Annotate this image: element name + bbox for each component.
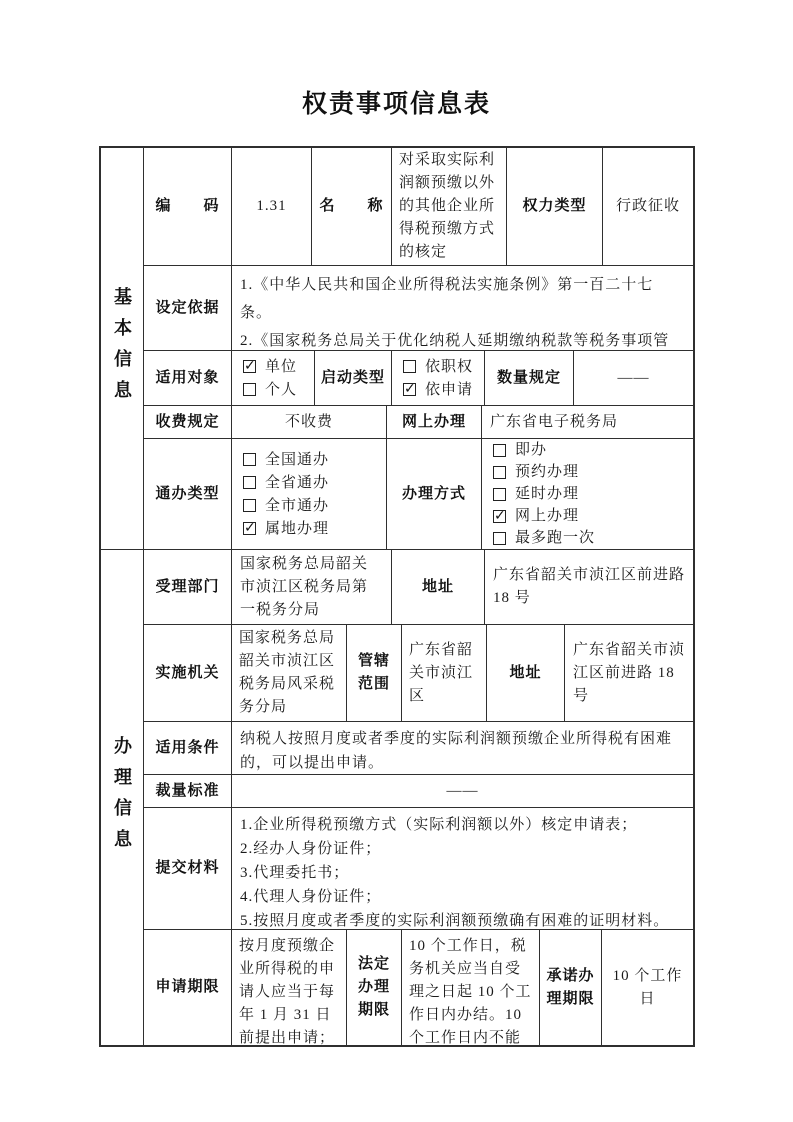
checkbox-icon <box>493 444 506 457</box>
checkbox-label: 单位 <box>265 359 297 375</box>
materials-line-1: 1.企业所得税预缴方式（实际利润额以外）核定申请表； <box>240 813 685 837</box>
accept-addr-label: 地址 <box>391 550 484 624</box>
checkbox-item-online: 网上办理 <box>493 508 689 524</box>
checkbox-item-nationwide: 全国通办 <box>243 452 382 468</box>
info-table: 基本信息 编 码 1.31 名 称 对采取实际利润额预缴以外的其他企业所得税预缴… <box>99 146 695 1047</box>
checkbox-icon <box>243 476 256 489</box>
checkbox-item-immediate: 即办 <box>493 442 689 458</box>
row-condition: 适用条件 纳税人按照月度或者季度的实际利润额预缴企业所得税有困难的，可以提出申请… <box>144 721 693 774</box>
basis-line-2: 2.《国家税务总局关于优化纳税人延期缴纳税款等税务事项管理方式的公告》（国家税务… <box>240 327 685 350</box>
discretion-label: 裁量标准 <box>144 775 231 807</box>
section-basic-header: 基本信息 <box>101 148 144 549</box>
checkbox-label: 全国通办 <box>265 452 329 468</box>
quantity-value: —— <box>573 351 693 405</box>
checkbox-icon <box>493 532 506 545</box>
section-basic-header-text: 基本信息 <box>109 287 135 411</box>
section-handling-header-text: 办理信息 <box>109 736 135 860</box>
checkbox-label: 全市通办 <box>265 498 329 514</box>
start-type-options: 依职权 依申请 <box>391 351 484 405</box>
row-impl-org: 实施机关 国家税务总局韶关市浈江区税务局风采税务分局 管辖范围 广东省韶关市浈江… <box>144 624 693 721</box>
checkbox-item-citywide: 全市通办 <box>243 498 382 514</box>
checkbox-label: 依职权 <box>425 359 473 375</box>
checkbox-item-local: 属地办理 <box>243 521 382 537</box>
legal-period-value: 10 个工作日，税务机关应当自受理之日起 10 个工作日内办结。10 个工作日内… <box>401 930 539 1045</box>
materials-line-4: 4.代理人身份证件； <box>240 885 685 909</box>
code-value: 1.31 <box>231 148 311 265</box>
name-label: 名 称 <box>311 148 391 265</box>
applicable-options: 单位 个人 <box>231 351 314 405</box>
checkbox-item-ex-officio: 依职权 <box>403 359 480 375</box>
checkbox-icon <box>493 466 506 479</box>
checkbox-icon <box>243 383 256 396</box>
row-apply-period: 申请期限 按月度预缴企业所得税的申请人应当于每年 1 月 31 日前提出申请；按… <box>144 929 693 1045</box>
checkbox-item-delayed: 延时办理 <box>493 486 689 502</box>
scope-label: 管辖范围 <box>346 625 401 721</box>
section-basic: 基本信息 编 码 1.31 名 称 对采取实际利润额预缴以外的其他企业所得税预缴… <box>101 148 693 549</box>
impl-addr-label: 地址 <box>486 625 564 721</box>
checkbox-item-person: 个人 <box>243 382 310 398</box>
row-code-name-type: 编 码 1.31 名 称 对采取实际利润额预缴以外的其他企业所得税预缴方式的核定… <box>144 148 693 265</box>
name-value: 对采取实际利润额预缴以外的其他企业所得税预缴方式的核定 <box>391 148 506 265</box>
row-accept-dept: 受理部门 国家税务总局韶关市浈江区税务局第一税务分局 地址 广东省韶关市浈江区前… <box>144 550 693 624</box>
checkbox-label: 最多跑一次 <box>515 530 595 546</box>
checkbox-label: 个人 <box>265 382 297 398</box>
accept-dept-value: 国家税务总局韶关市浈江区税务局第一税务分局 <box>231 550 391 624</box>
tongban-options: 全国通办 全省通办 全市通办 属地办理 <box>231 439 386 549</box>
promise-period-value: 10 个工作日 <box>601 930 693 1045</box>
document-page: 权责事项信息表 基本信息 编 码 1.31 名 称 对采取实际利润额预缴以外的其… <box>0 0 793 1122</box>
scope-value: 广东省韶关市浈江区 <box>401 625 486 721</box>
condition-label: 适用条件 <box>144 722 231 774</box>
checkbox-label: 预约办理 <box>515 464 579 480</box>
checkbox-item-unit: 单位 <box>243 359 310 375</box>
section-handling-header: 办理信息 <box>101 550 144 1045</box>
power-type-label: 权力类型 <box>506 148 602 265</box>
materials-line-5: 5.按照月度或者季度的实际利润额预缴确有困难的证明材料。 <box>240 909 685 929</box>
checkbox-icon <box>243 360 256 373</box>
checkbox-icon <box>493 488 506 501</box>
impl-addr-value: 广东省韶关市浈江区前进路 18 号 <box>564 625 693 721</box>
basis-label: 设定依据 <box>144 266 231 350</box>
checkbox-icon <box>403 360 416 373</box>
checkbox-icon <box>403 383 416 396</box>
row-fee-online: 收费规定 不收费 网上办理 广东省电子税务局 <box>144 405 693 438</box>
impl-org-label: 实施机关 <box>144 625 231 721</box>
checkbox-label: 全省通办 <box>265 475 329 491</box>
checkbox-icon <box>243 453 256 466</box>
row-discretion: 裁量标准 —— <box>144 774 693 807</box>
row-materials: 提交材料 1.企业所得税预缴方式（实际利润额以外）核定申请表； 2.经办人身份证… <box>144 807 693 929</box>
checkbox-label: 依申请 <box>425 382 473 398</box>
start-type-label: 启动类型 <box>314 351 391 405</box>
checkbox-label: 即办 <box>515 442 547 458</box>
basis-line-1: 1.《中华人民共和国企业所得税法实施条例》第一百二十七条。 <box>240 271 685 327</box>
fee-value: 不收费 <box>231 406 386 438</box>
checkbox-item-one-trip: 最多跑一次 <box>493 530 689 546</box>
section-handling: 办理信息 受理部门 国家税务总局韶关市浈江区税务局第一税务分局 地址 广东省韶关… <box>101 549 693 1045</box>
promise-period-label: 承诺办理期限 <box>539 930 601 1045</box>
basis-value: 1.《中华人民共和国企业所得税法实施条例》第一百二十七条。 2.《国家税务总局关… <box>231 266 693 350</box>
tongban-label: 通办类型 <box>144 439 231 549</box>
apply-period-label: 申请期限 <box>144 930 231 1045</box>
row-basis: 设定依据 1.《中华人民共和国企业所得税法实施条例》第一百二十七条。 2.《国家… <box>144 265 693 350</box>
checkbox-label: 网上办理 <box>515 508 579 524</box>
condition-value: 纳税人按照月度或者季度的实际利润额预缴企业所得税有困难的，可以提出申请。 <box>231 722 693 774</box>
quantity-label: 数量规定 <box>484 351 573 405</box>
checkbox-label: 属地办理 <box>265 521 329 537</box>
method-options: 即办 预约办理 延时办理 网上办理 <box>481 439 693 549</box>
fee-label: 收费规定 <box>144 406 231 438</box>
accept-dept-label: 受理部门 <box>144 550 231 624</box>
checkbox-item-provincewide: 全省通办 <box>243 475 382 491</box>
materials-value: 1.企业所得税预缴方式（实际利润额以外）核定申请表； 2.经办人身份证件； 3.… <box>231 808 693 929</box>
accept-addr-value: 广东省韶关市浈江区前进路 18 号 <box>484 550 693 624</box>
checkbox-label: 延时办理 <box>515 486 579 502</box>
code-label: 编 码 <box>144 148 231 265</box>
discretion-value: —— <box>231 775 693 807</box>
method-label: 办理方式 <box>386 439 481 549</box>
applicable-label: 适用对象 <box>144 351 231 405</box>
materials-label: 提交材料 <box>144 808 231 929</box>
materials-line-2: 2.经办人身份证件； <box>240 837 685 861</box>
apply-period-value: 按月度预缴企业所得税的申请人应当于每年 1 月 31 日前提出申请；按 <box>231 930 346 1045</box>
page-title: 权责事项信息表 <box>0 0 793 120</box>
legal-period-label: 法定办理期限 <box>346 930 401 1045</box>
checkbox-item-on-application: 依申请 <box>403 382 480 398</box>
power-type-value: 行政征收 <box>602 148 693 265</box>
checkbox-icon <box>243 499 256 512</box>
row-tongban-method: 通办类型 全国通办 全省通办 全市通办 <box>144 438 693 549</box>
checkbox-item-appointment: 预约办理 <box>493 464 689 480</box>
impl-org-value: 国家税务总局韶关市浈江区税务局风采税务分局 <box>231 625 346 721</box>
materials-line-3: 3.代理委托书； <box>240 861 685 885</box>
checkbox-icon <box>493 510 506 523</box>
checkbox-icon <box>243 522 256 535</box>
online-label: 网上办理 <box>386 406 481 438</box>
row-applicable: 适用对象 单位 个人 启动类型 <box>144 350 693 405</box>
online-value: 广东省电子税务局 <box>481 406 693 438</box>
